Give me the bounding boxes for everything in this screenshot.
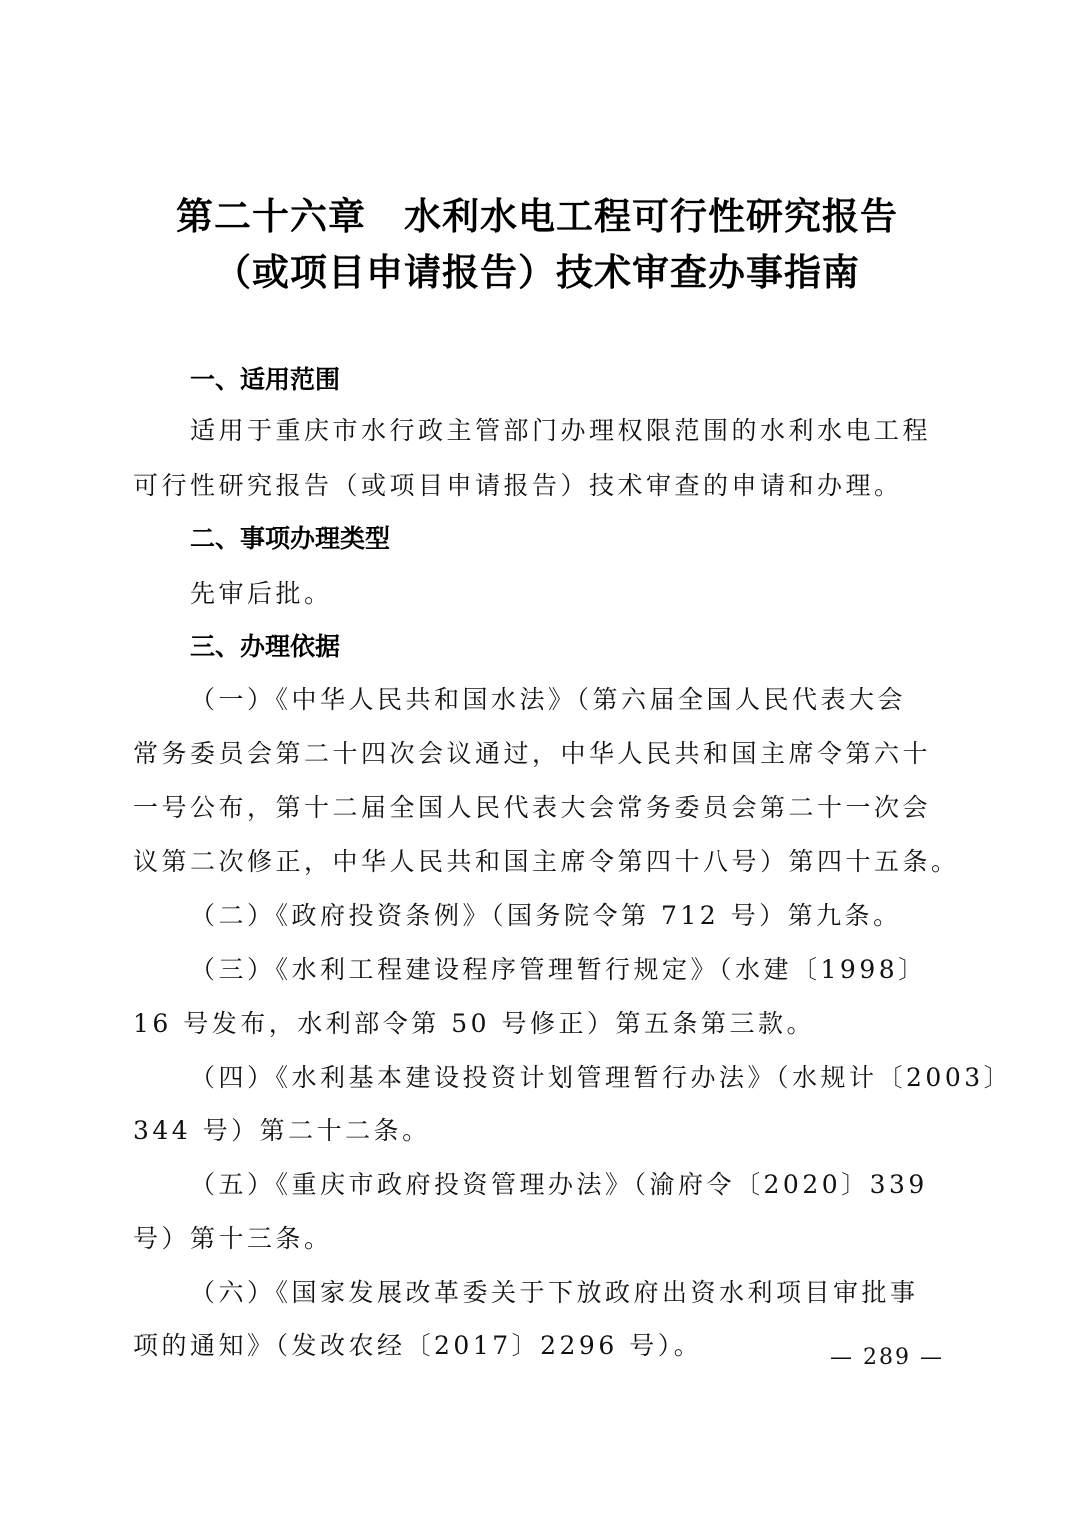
paragraph-line: 344 号）第二十二条。 [133, 1111, 431, 1147]
chapter-title-line-2: （或项目申请报告）技术审查办事指南 [0, 242, 1074, 296]
paragraph-line: （六）《国家发展改革委关于下放政府出资水利项目审批事 [190, 1273, 919, 1309]
paragraph-line: 可行性研究报告（或项目申请报告）技术审查的申请和办理。 [133, 466, 903, 502]
paragraph-line: （四）《水利基本建设投资计划管理暂行办法》（水规计〔2003〕 [190, 1058, 1012, 1094]
paragraph-line: 项的通知》（发改农经〔2017〕2296 号）。 [133, 1326, 702, 1362]
paragraph-line: （五）《重庆市政府投资管理办法》（渝府令〔2020〕339 [190, 1165, 928, 1201]
page-number: — 289 — [830, 1345, 944, 1370]
paragraph-line: 议第二次修正，中华人民共和国主席令第四十八号）第四十五条。 [133, 842, 960, 878]
section-heading-basis: 三、办理依据 [190, 627, 340, 663]
paragraph-line: 常务委员会第二十四次会议通过，中华人民共和国主席令第六十 [133, 734, 931, 770]
section-heading-type: 二、事项办理类型 [190, 519, 390, 555]
chapter-title-line-1: 第二十六章 水利水电工程可行性研究报告 [0, 186, 1074, 240]
paragraph-line: （一）《中华人民共和国水法》（第六届全国人民代表大会 [190, 680, 906, 716]
paragraph-line: 号）第十三条。 [133, 1219, 333, 1255]
paragraph-line: 16 号发布，水利部令第 50 号修正）第五条第三款。 [133, 1004, 815, 1040]
paragraph-line: 一号公布，第十二届全国人民代表大会常务委员会第二十一次会 [133, 788, 931, 824]
paragraph-line: 适用于重庆市水行政主管部门办理权限范围的水利水电工程 [190, 411, 931, 447]
paragraph-line: （三）《水利工程建设程序管理暂行规定》（水建〔1998〕 [190, 950, 927, 986]
section-heading-scope: 一、适用范围 [190, 360, 340, 396]
paragraph-line: 先审后批。 [190, 574, 333, 610]
paragraph-line: （二）《政府投资条例》（国务院令第 712 号）第九条。 [190, 896, 902, 932]
